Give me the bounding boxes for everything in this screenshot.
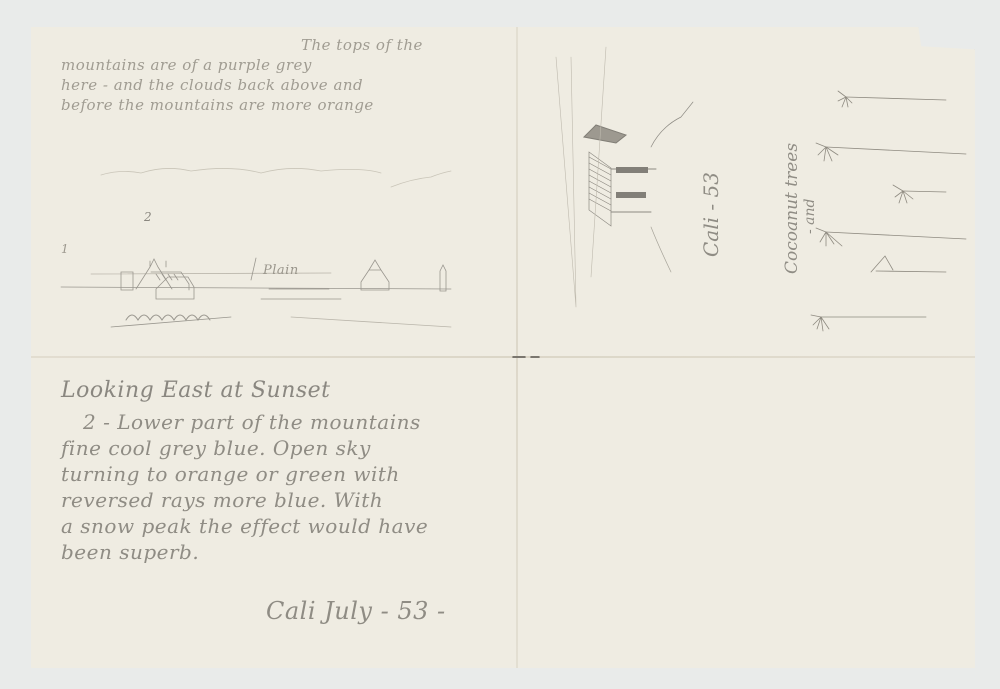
plain-label: Plain	[263, 263, 299, 278]
note-line: turning to orange or green with	[61, 461, 428, 487]
trees-caption-sub: - and	[801, 143, 819, 274]
paper-sheet: The tops of the mountains are of a purpl…	[31, 27, 975, 668]
top-note-line: mountains are of a purple grey	[61, 55, 423, 75]
note-line: been superb.	[61, 539, 428, 565]
house-caption: Cali - 53	[699, 172, 723, 257]
top-note-line: before the mountains are more orange	[61, 95, 423, 115]
sketch-marker-1: 1	[61, 242, 69, 256]
note-line: a snow peak the effect would have	[61, 513, 428, 539]
note-line: fine cool grey blue. Open sky	[61, 435, 428, 461]
signature-date: Cali July - 53 -	[266, 597, 446, 625]
landscape-sketch	[61, 168, 451, 327]
sketch-marker-2: 2	[144, 210, 152, 224]
pencil-sketches	[31, 27, 975, 668]
top-note-line: The tops of the	[61, 35, 423, 55]
sketch-notes: 2 - Lower part of the mountains fine coo…	[61, 409, 428, 565]
house-sketch	[556, 47, 693, 307]
note-line: 2 - Lower part of the mountains	[61, 409, 428, 435]
top-note: The tops of the mountains are of a purpl…	[61, 35, 423, 115]
coconut-trees-sketch	[811, 91, 966, 331]
note-line: reversed rays more blue. With	[61, 487, 428, 513]
trees-caption: Cocoanut trees - and	[783, 143, 819, 274]
sketch-caption: Looking East at Sunset	[61, 377, 331, 405]
top-note-line: here - and the clouds back above and	[61, 75, 423, 95]
trees-caption-main: Cocoanut trees	[782, 143, 802, 274]
